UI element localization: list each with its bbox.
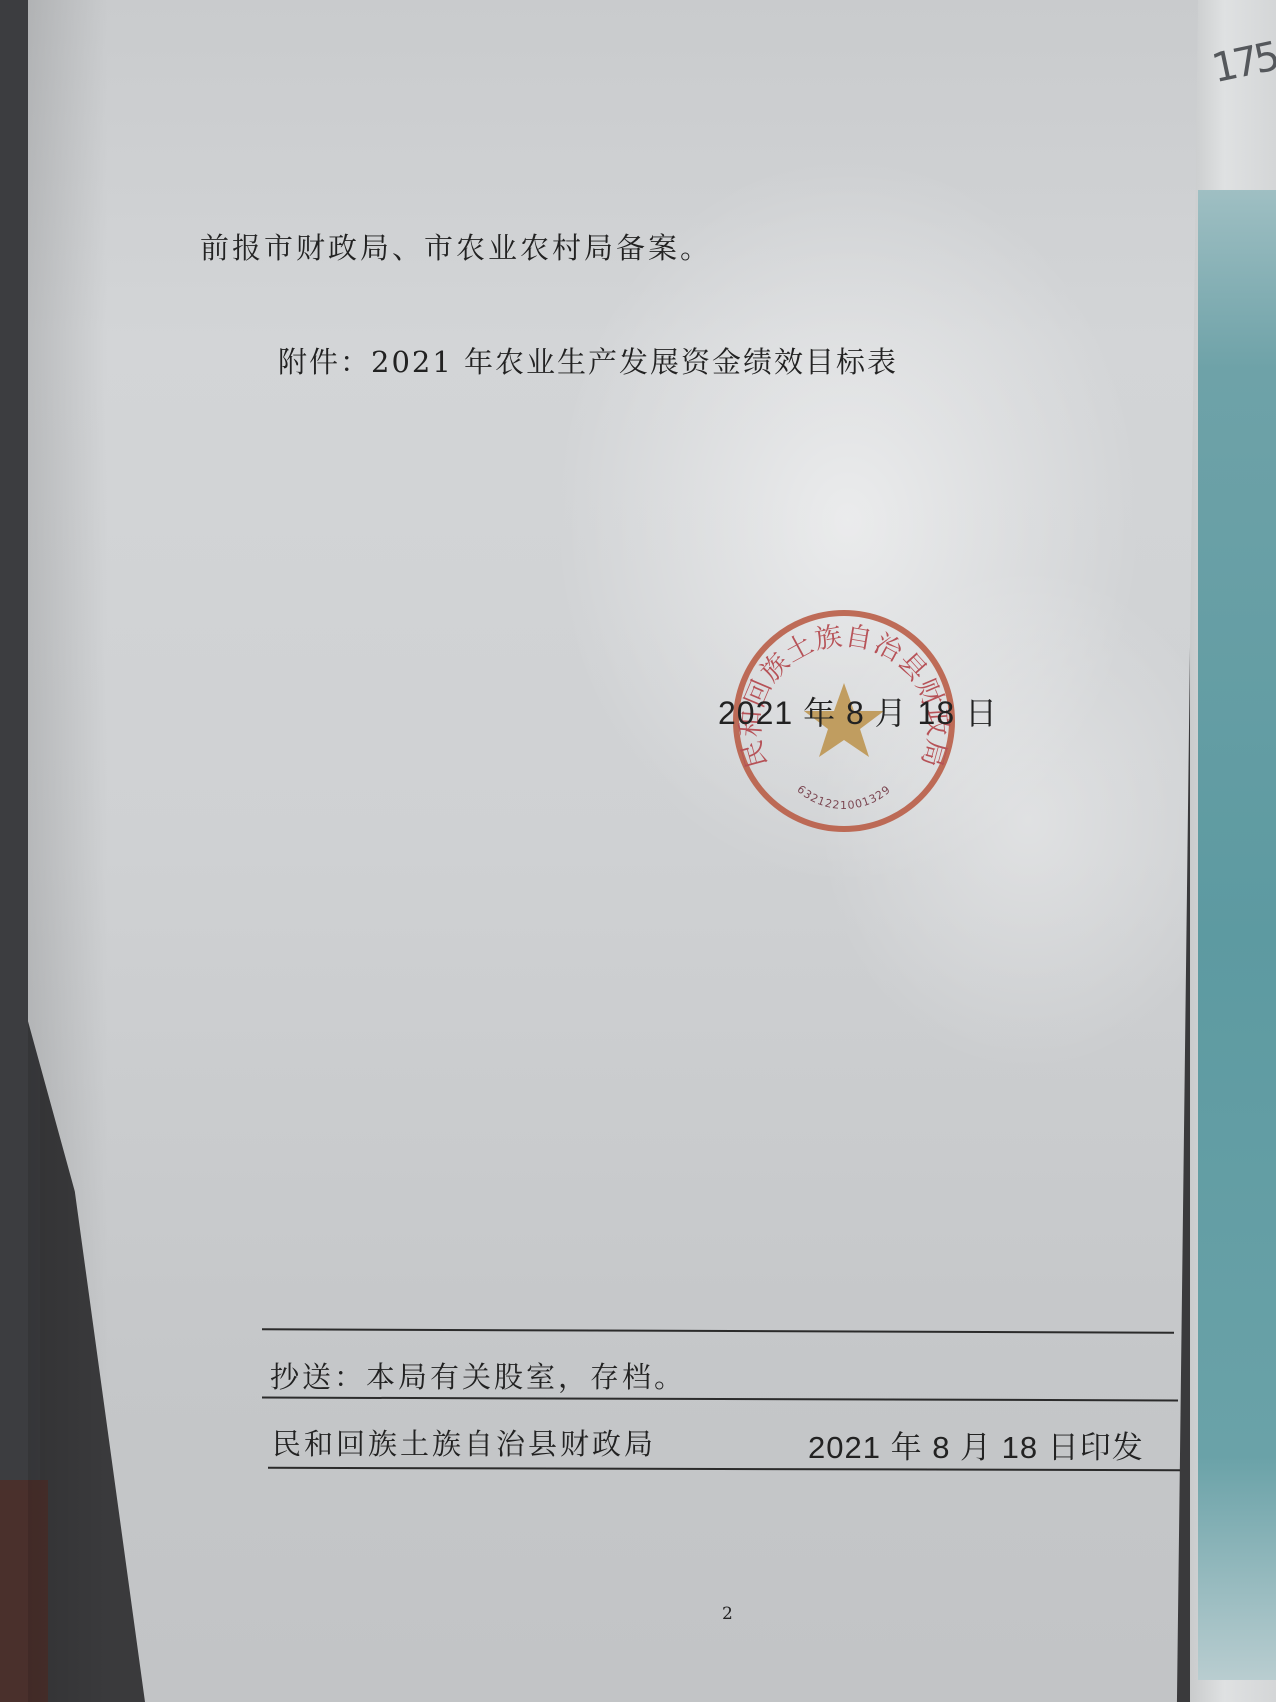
issue-date: 2021 年 8 月 18 日印发: [808, 1422, 1144, 1467]
svg-text:6321221001329: 6321221001329: [794, 783, 893, 812]
teal-folder-cover: [1198, 190, 1276, 1680]
signature-date: 2021 年 8 月 18 日: [718, 688, 998, 734]
issuing-org: 民和回族土族自治县财政局: [272, 1422, 656, 1463]
background-left-lower: [0, 1480, 48, 1702]
page-number: 2: [722, 1604, 733, 1624]
seal-code: 6321221001329: [794, 783, 893, 812]
filing-statement: 前报市财政局、市农业农村局备案。: [200, 226, 712, 267]
attachment-line: 附件：2021 年农业生产发展资金绩效目标表: [278, 340, 898, 381]
cc-line: 抄送：本局有关股室，存档。: [270, 1355, 686, 1396]
